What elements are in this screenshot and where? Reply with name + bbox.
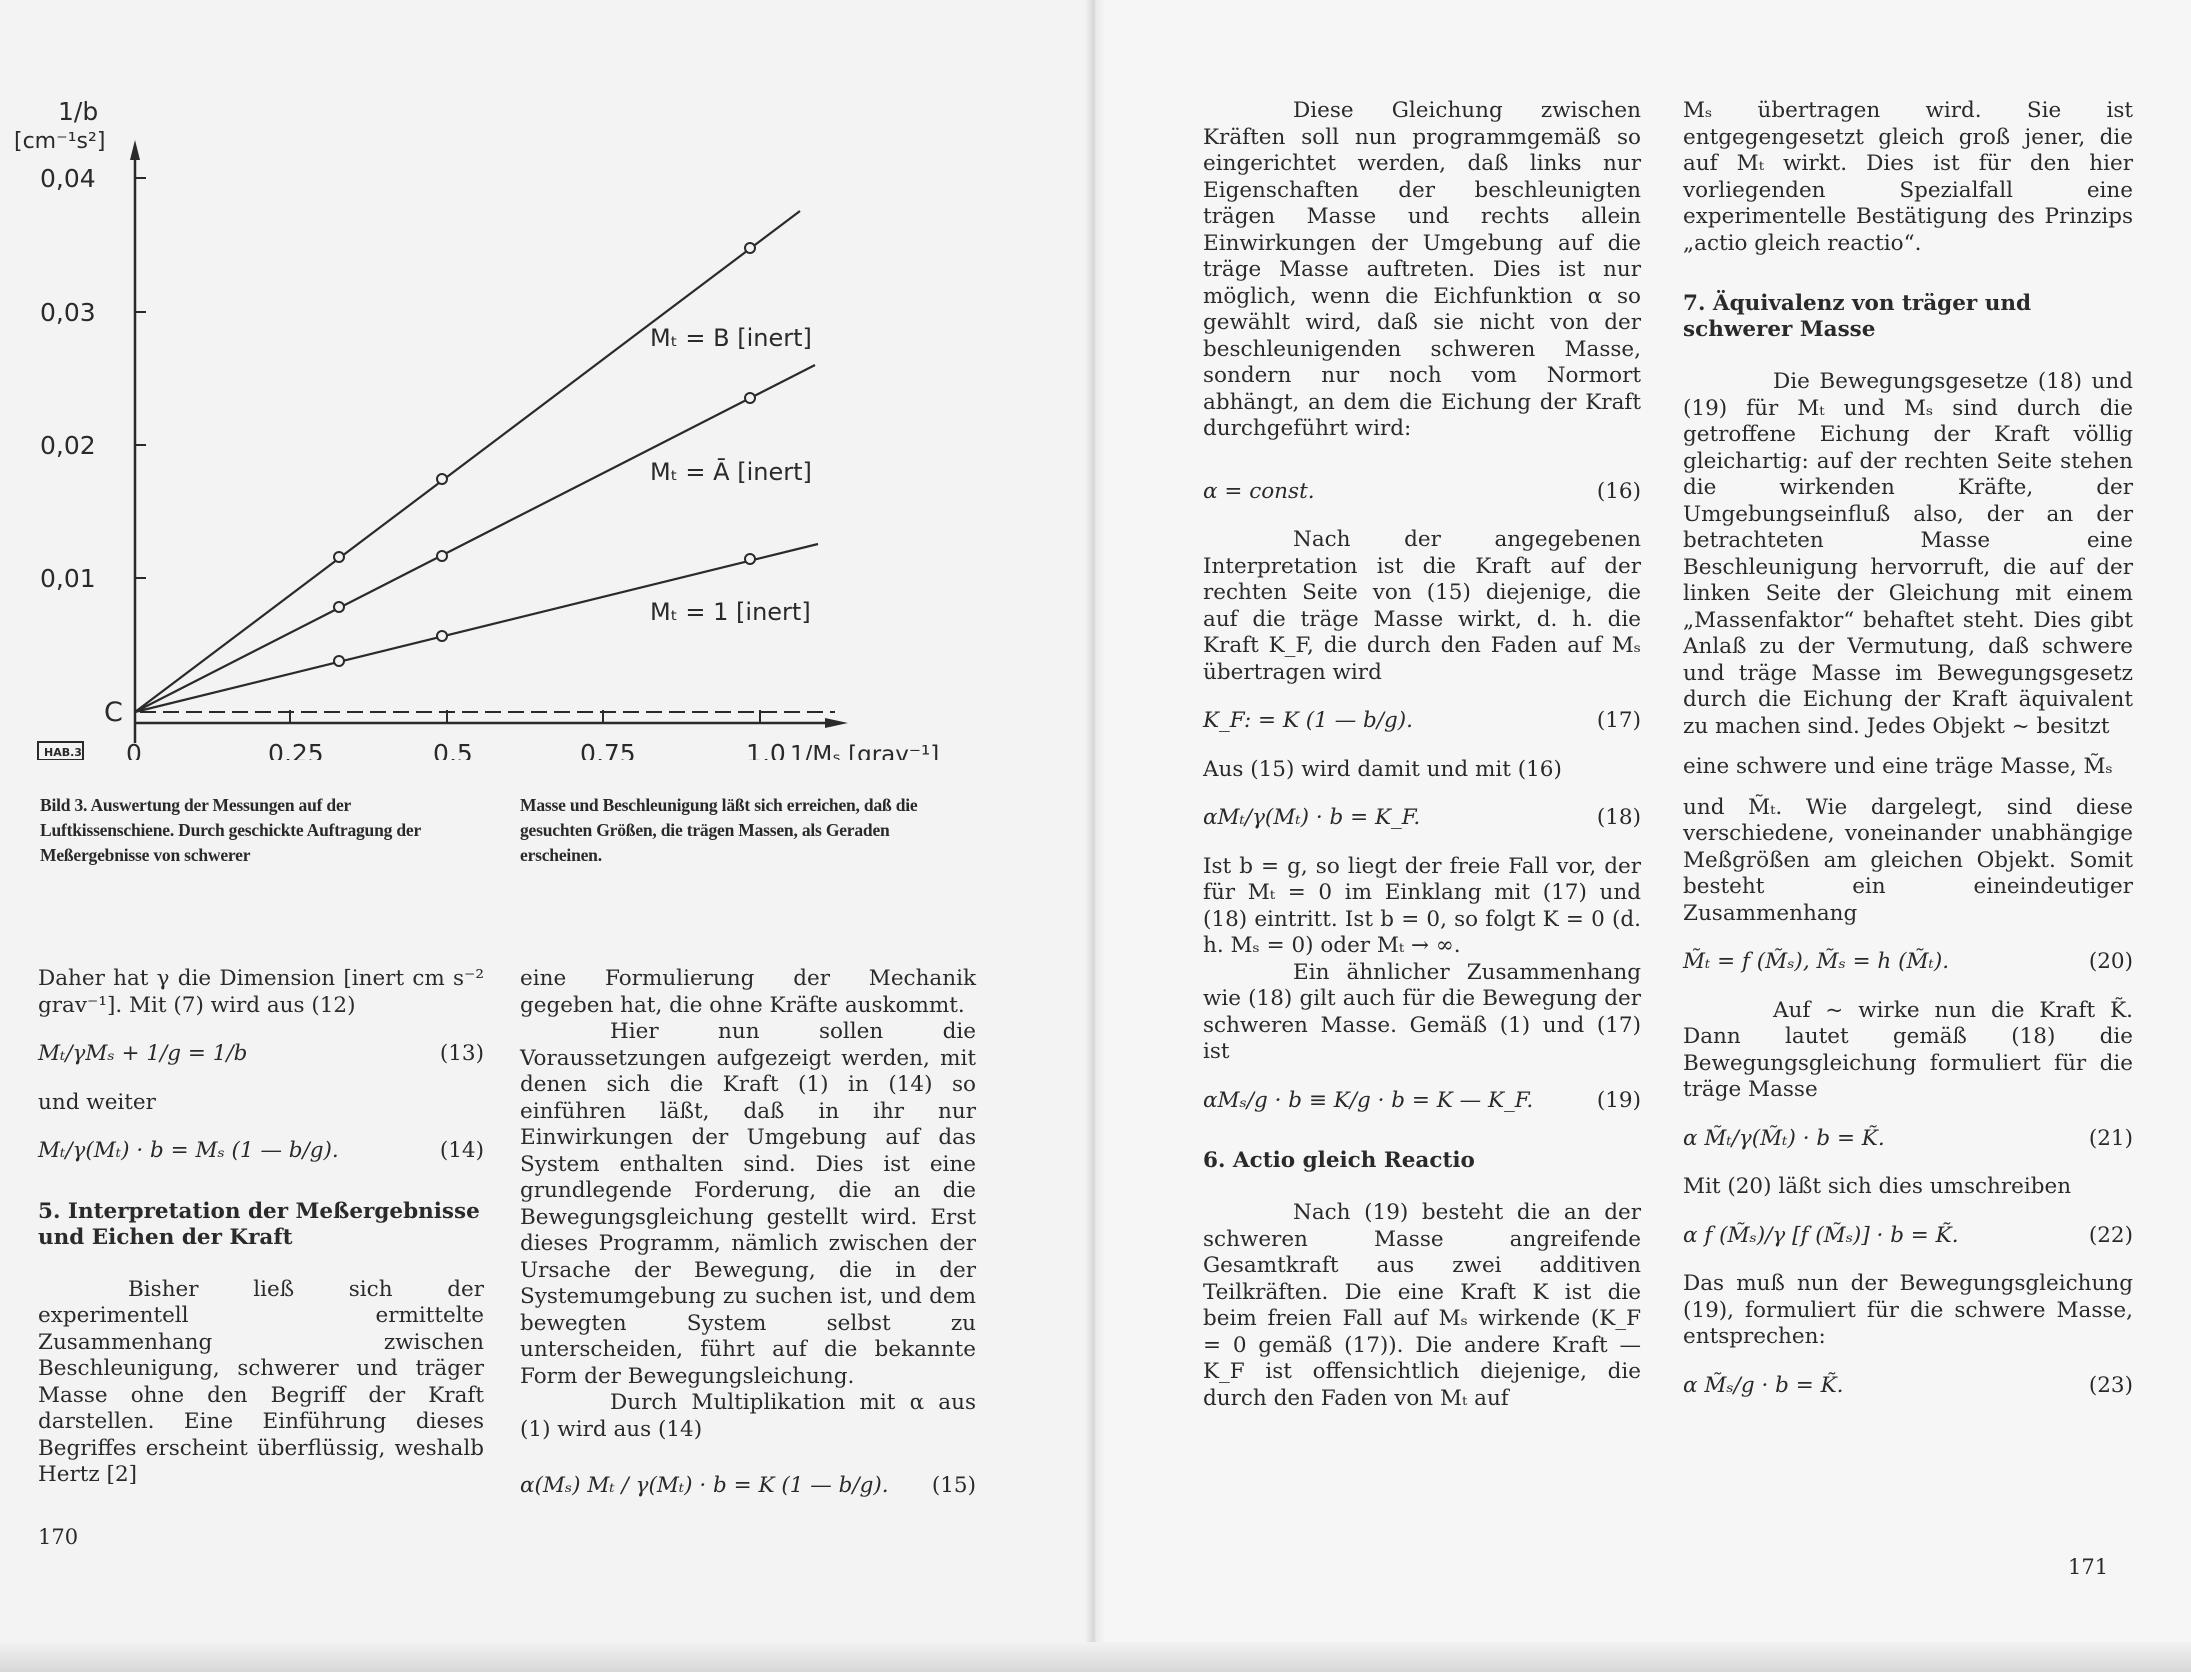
- data-point-b: [437, 474, 447, 484]
- equation-body: α f (M̃ₛ)/γ [f (M̃ₛ)] · b = K̃.: [1683, 1223, 1959, 1250]
- equation-number: (17): [1597, 708, 1641, 735]
- paragraph: Ein ähnlicher Zusammenhang wie (18) gilt…: [1203, 960, 1641, 1066]
- paragraph: Diese Gleichung zwischen Kräften soll nu…: [1203, 98, 1641, 443]
- equation-22: α f (M̃ₛ)/γ [f (M̃ₛ)] · b = K̃. (22): [1683, 1223, 2133, 1250]
- equation-number: (22): [2089, 1223, 2133, 1250]
- equation-number: (21): [2089, 1126, 2133, 1153]
- data-point-a: [745, 393, 755, 403]
- left-page-column-2: eine Formulierung der Mechanik gegeben h…: [520, 966, 976, 1522]
- section-heading-6: 6. Actio gleich Reactio: [1203, 1148, 1641, 1174]
- equation-body: Mₜ/γMₛ + 1/g = 1/b: [38, 1041, 247, 1068]
- series-line-a: [135, 365, 815, 712]
- paragraph: Hier nun sollen die Voraussetzungen aufg…: [520, 1019, 976, 1390]
- book-spine: [1085, 0, 1105, 1672]
- figure-caption-right: Masse und Beschleunigung läßt sich errei…: [520, 793, 970, 868]
- paragraph: und weiter: [38, 1090, 484, 1117]
- right-page-column-2: Mₛ übertragen wird. Sie ist entgegengese…: [1683, 98, 2133, 1421]
- y-tick-label: 0,03: [40, 298, 96, 327]
- data-point-b: [745, 243, 755, 253]
- equation-21: α M̃ₜ/γ(M̃ₜ) · b = K̃. (21): [1683, 1126, 2133, 1153]
- series-label-1: Mₜ = 1 [inert]: [650, 598, 811, 626]
- equation-number: (20): [2089, 949, 2133, 976]
- paragraph: Durch Multiplikation mit α aus (1) wird …: [520, 1390, 976, 1443]
- paragraph: Mₛ übertragen wird. Sie ist entgegengese…: [1683, 98, 2133, 257]
- equation-body: αMₜ/γ(Mₜ) · b = K_F.: [1203, 805, 1420, 832]
- paragraph: eine schwere und eine träge Masse, M̃ₛ: [1683, 754, 2133, 781]
- paragraph: Daher hat γ die Dimension [inert cm s⁻² …: [38, 966, 484, 1019]
- section-heading-5: 5. Interpretation der Meßergebnisse und …: [38, 1199, 484, 1251]
- figure-3-chart: 1/b [cm⁻¹s²] 0,04 0,03 0,02 0,01 C 0 0,2…: [0, 60, 1000, 760]
- equation-19: αMₛ/g · b ≡ K/g · b = K — K_F. (19): [1203, 1088, 1641, 1115]
- x-axis-arrow-icon: [825, 718, 848, 728]
- figure-badge-label: HAB.3: [44, 746, 82, 759]
- data-point-1: [437, 631, 447, 641]
- equation-20: M̃ₜ = f (M̃ₛ), M̃ₛ = h (M̃ₜ). (20): [1683, 949, 2133, 976]
- paragraph: Nach (19) besteht die an der schweren Ma…: [1203, 1200, 1641, 1412]
- y-intercept-label: C: [104, 697, 123, 728]
- data-point-a: [437, 551, 447, 561]
- equation-number: (19): [1597, 1088, 1641, 1115]
- series-label-a: Mₜ = Ā [inert]: [650, 457, 812, 486]
- equation-number: (16): [1597, 479, 1641, 506]
- equation-14: Mₜ/γ(Mₜ) · b = Mₛ (1 — b/g). (14): [38, 1138, 484, 1165]
- x-tick-label: 0,5: [433, 739, 473, 760]
- y-tick-label: 0,01: [40, 564, 96, 593]
- paragraph: eine Formulierung der Mechanik gegeben h…: [520, 966, 976, 1019]
- equation-body: αMₛ/g · b ≡ K/g · b = K — K_F.: [1203, 1088, 1533, 1115]
- data-point-1: [334, 656, 344, 666]
- right-page-column-1: Diese Gleichung zwischen Kräften soll nu…: [1203, 98, 1641, 1412]
- paragraph: Mit (20) läßt sich dies umschreiben: [1683, 1174, 2133, 1201]
- section-heading-7: 7. Äquivalenz von träger und schwerer Ma…: [1683, 291, 2133, 343]
- y-axis-unit: [cm⁻¹s²]: [14, 129, 105, 154]
- data-point-1: [745, 554, 755, 564]
- y-axis-arrow-icon: [130, 140, 140, 160]
- paragraph: Ist b = g, so liegt der freie Fall vor, …: [1203, 854, 1641, 960]
- y-tick-label: 0,04: [40, 164, 96, 193]
- paragraph: Nach der angegebenen Interpretation ist …: [1203, 527, 1641, 686]
- page-bottom-edge: [0, 1642, 2191, 1672]
- equation-number: (18): [1597, 805, 1641, 832]
- equation-23: α M̃ₛ/g · b = K̃. (23): [1683, 1373, 2133, 1400]
- equation-13: Mₜ/γMₛ + 1/g = 1/b (13): [38, 1041, 484, 1068]
- paragraph: Das muß nun der Bewegungsgleichung (19),…: [1683, 1271, 2133, 1351]
- paragraph: und M̃ₜ. Wie dargelegt, sind diese versc…: [1683, 795, 2133, 928]
- x-tick-label: 0: [126, 739, 142, 760]
- equation-body: M̃ₜ = f (M̃ₛ), M̃ₛ = h (M̃ₜ).: [1683, 949, 1949, 976]
- data-point-b: [334, 552, 344, 562]
- y-tick-label: 0,02: [40, 431, 96, 460]
- equation-body: α M̃ₛ/g · b = K̃.: [1683, 1373, 1843, 1400]
- equation-number: (14): [440, 1138, 484, 1165]
- equation-body: α = const.: [1203, 479, 1315, 506]
- equation-17: K_F: = K (1 — b/g). (17): [1203, 708, 1641, 735]
- x-tick-label: 0,25: [268, 739, 324, 760]
- equation-body: α(Mₛ) Mₜ / γ(Mₜ) · b = K (1 — b/g).: [520, 1473, 889, 1500]
- series-line-1: [135, 544, 818, 712]
- equation-number: (23): [2089, 1373, 2133, 1400]
- equation-number: (13): [440, 1041, 484, 1068]
- left-page-column-1: Daher hat γ die Dimension [inert cm s⁻² …: [38, 966, 484, 1489]
- equation-16: α = const. (16): [1203, 479, 1641, 506]
- paragraph: Aus (15) wird damit und mit (16): [1203, 757, 1641, 784]
- equation-18: αMₜ/γ(Mₜ) · b = K_F. (18): [1203, 805, 1641, 832]
- equation-15: α(Mₛ) Mₜ / γ(Mₜ) · b = K (1 — b/g). (15): [520, 1473, 976, 1500]
- paragraph: Bisher ließ sich der experimentell ermit…: [38, 1277, 484, 1489]
- x-axis-label: 1/Mₛ [grav⁻¹]: [790, 742, 939, 760]
- x-tick-label: 0,75: [580, 739, 636, 760]
- paragraph: Auf ~ wirke nun die Kraft K̃. Dann laute…: [1683, 998, 2133, 1104]
- series-label-b: Mₜ = B [inert]: [650, 324, 812, 352]
- equation-body: Mₜ/γ(Mₜ) · b = Mₛ (1 — b/g).: [38, 1138, 339, 1165]
- equation-body: α M̃ₜ/γ(M̃ₜ) · b = K̃.: [1683, 1126, 1885, 1153]
- figure-caption-left: Bild 3. Auswertung der Messungen auf der…: [40, 793, 470, 868]
- equation-number: (15): [932, 1473, 976, 1500]
- equation-body: K_F: = K (1 — b/g).: [1203, 708, 1413, 735]
- paragraph: Die Bewegungsgesetze (18) und (19) für M…: [1683, 369, 2133, 740]
- page-number-right: 171: [2068, 1555, 2108, 1579]
- page-number-left: 170: [38, 1525, 78, 1549]
- x-tick-label: 1,0: [746, 739, 786, 760]
- data-point-a: [334, 602, 344, 612]
- y-axis-label: 1/b: [58, 97, 98, 126]
